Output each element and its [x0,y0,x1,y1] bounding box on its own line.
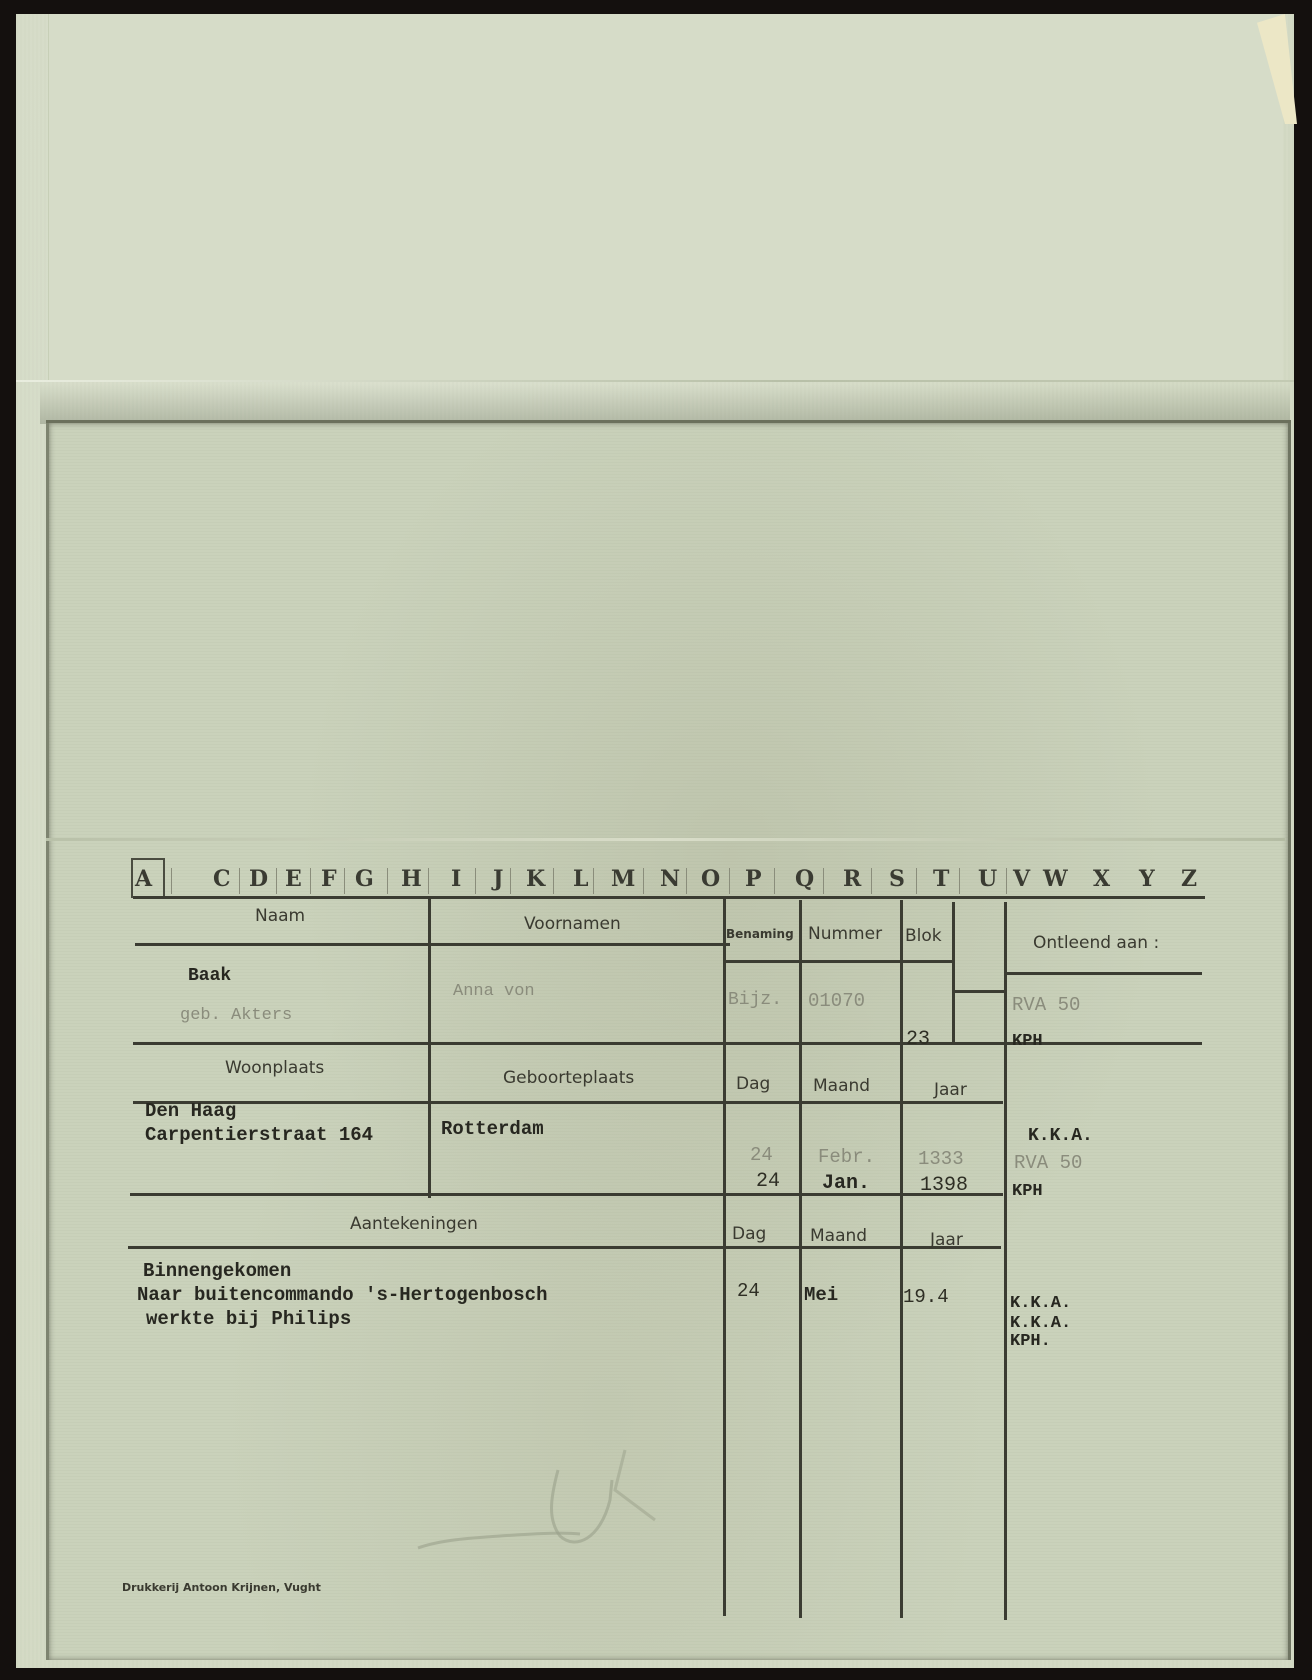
field-birth-dag-old: 24 [750,1144,773,1166]
header-woonplaats: Woonplaats [225,1058,324,1078]
tab-separator [1006,868,1007,894]
header-blok: Blok [905,926,942,946]
alpha-tab-e[interactable]: E [285,866,302,892]
tab-separator [686,868,687,894]
header-nummer: Nummer [808,924,882,944]
rule-under-header-1b [724,960,952,963]
alpha-tab-z[interactable]: Z [1181,866,1197,892]
header-dag: Dag [736,1074,770,1094]
pencil-scribble [410,1440,670,1560]
printer-imprint: Drukkerij Antoon Krijnen, Vught [122,1581,321,1594]
alpha-tab-m[interactable]: M [611,866,635,892]
field-birth-maand-old: Febr. [818,1146,875,1168]
field-nummer: 01070 [808,990,865,1012]
note-source-3: KPH. [1010,1332,1051,1351]
alpha-tab-i[interactable]: I [451,866,461,892]
tab-separator [171,868,172,894]
tab-separator [510,868,511,894]
tab-separator [387,868,388,894]
tab-separator [959,868,960,894]
note-maand: Mei [804,1284,838,1306]
tab-separator [344,868,345,894]
alpha-tab-h[interactable]: H [401,866,422,892]
card-crease [46,838,1285,841]
col-naam-voornamen [428,898,431,1198]
alpha-tab-g[interactable]: G [355,866,374,892]
field-geboorteplaats: Rotterdam [441,1118,544,1140]
header-jaar: Jaar [934,1080,967,1100]
alpha-tab-c[interactable]: C [213,866,231,892]
header-voornamen: Voornamen [524,914,621,934]
alpha-tab-j[interactable]: J [493,866,503,892]
note-jaar: 19.4 [903,1286,949,1308]
alpha-tab-l[interactable]: L [573,866,588,892]
field-naam: Baak [188,966,231,986]
rule-row-3 [130,1193,1003,1196]
header-benaming: Benaming [726,927,794,941]
fold-shadow [40,384,1290,424]
note-dag: 24 [737,1280,760,1302]
field-woonplaats-city: Den Haag [145,1100,236,1122]
field-woonplaats-street: Carpentierstraat 164 [145,1124,373,1146]
alpha-tab-n[interactable]: N [660,866,680,892]
rule-under-alphabet [133,896,1205,899]
note-source-2: K.K.A. [1010,1314,1071,1333]
field-ontleend-2: KPH [1012,1032,1043,1051]
tab-separator [593,868,594,894]
tab-separator [823,868,824,894]
col-ontleend-left [1004,902,1007,1620]
alphabet-index-row: A C D E F G H I J K L M N O P Q R S T U … [133,862,1205,898]
rule-blank-box [952,990,1005,993]
note-source-1: K.K.A. [1010,1294,1071,1313]
alpha-tab-k[interactable]: K [526,866,545,892]
tab-separator [871,868,872,894]
field-birth-source-3: KPH [1012,1182,1043,1201]
alpha-tab-t[interactable]: T [933,866,949,892]
field-voornamen: Anna von [453,982,535,1001]
col-blok-right [952,902,955,1042]
field-birth-jaar: 1398 [920,1174,968,1197]
alpha-tab-q[interactable]: Q [795,866,814,892]
field-birth-source-2: RVA 50 [1014,1152,1082,1174]
note-line-3: werkte bij Philips [146,1308,351,1330]
tab-separator [239,868,240,894]
alpha-tab-x[interactable]: X [1093,866,1110,892]
alpha-tab-y[interactable]: Y [1139,866,1155,892]
tab-separator [916,868,917,894]
tab-separator [729,868,730,894]
col-nummer-left [799,900,802,1618]
alpha-tab-w[interactable]: W [1043,866,1068,892]
field-birth-jaar-old: 1333 [918,1148,964,1170]
header-geboorteplaats: Geboorteplaats [503,1068,634,1088]
header-maand-2: Maand [810,1226,867,1246]
alpha-tab-o[interactable]: O [701,866,720,892]
alpha-tab-f[interactable]: F [321,866,337,892]
header-jaar-2: Jaar [930,1230,963,1250]
alpha-tab-p[interactable]: P [745,866,762,892]
col-benaming-left [723,898,726,1616]
alpha-tab-s[interactable]: S [889,866,905,892]
tab-separator [428,868,429,894]
field-blok: 23 [906,1028,930,1051]
field-birth-dag: 24 [756,1170,780,1193]
tab-separator [643,868,644,894]
rule-under-header-3 [128,1246,1001,1249]
field-naam-sub: geb. Akters [180,1006,292,1025]
col-blok-left [900,900,903,1618]
header-aantekeningen: Aantekeningen [350,1214,478,1234]
tab-separator [276,868,277,894]
alpha-tab-v[interactable]: V [1013,866,1030,892]
tab-separator [475,868,476,894]
note-line-1: Binnengekomen [143,1260,291,1282]
alpha-tab-a[interactable]: A [135,866,152,892]
alpha-tab-d[interactable]: D [249,866,268,892]
field-ontleend-1: RVA 50 [1012,994,1080,1016]
rule-under-header-1 [135,943,730,946]
alpha-tab-r[interactable]: R [843,866,861,892]
alpha-tab-u[interactable]: U [978,866,997,892]
field-birth-source-1: K.K.A. [1028,1126,1093,1146]
tab-separator [774,868,775,894]
sleeve-fold-line [16,380,1294,382]
tab-separator [553,868,554,894]
header-ontleend: Ontleend aan : [1033,933,1159,953]
rule-under-ontleend [1005,972,1202,975]
sleeve-top-flap [48,14,1283,380]
rule-under-header-2 [133,1101,1003,1104]
note-line-2: Naar buitencommando 's-Hertogenbosch [137,1284,547,1306]
field-benaming: Bijz. [728,990,782,1010]
tab-separator [310,868,311,894]
field-birth-maand: Jan. [822,1172,870,1195]
header-naam: Naam [255,906,305,926]
header-dag-2: Dag [732,1224,766,1244]
header-maand: Maand [813,1076,870,1096]
